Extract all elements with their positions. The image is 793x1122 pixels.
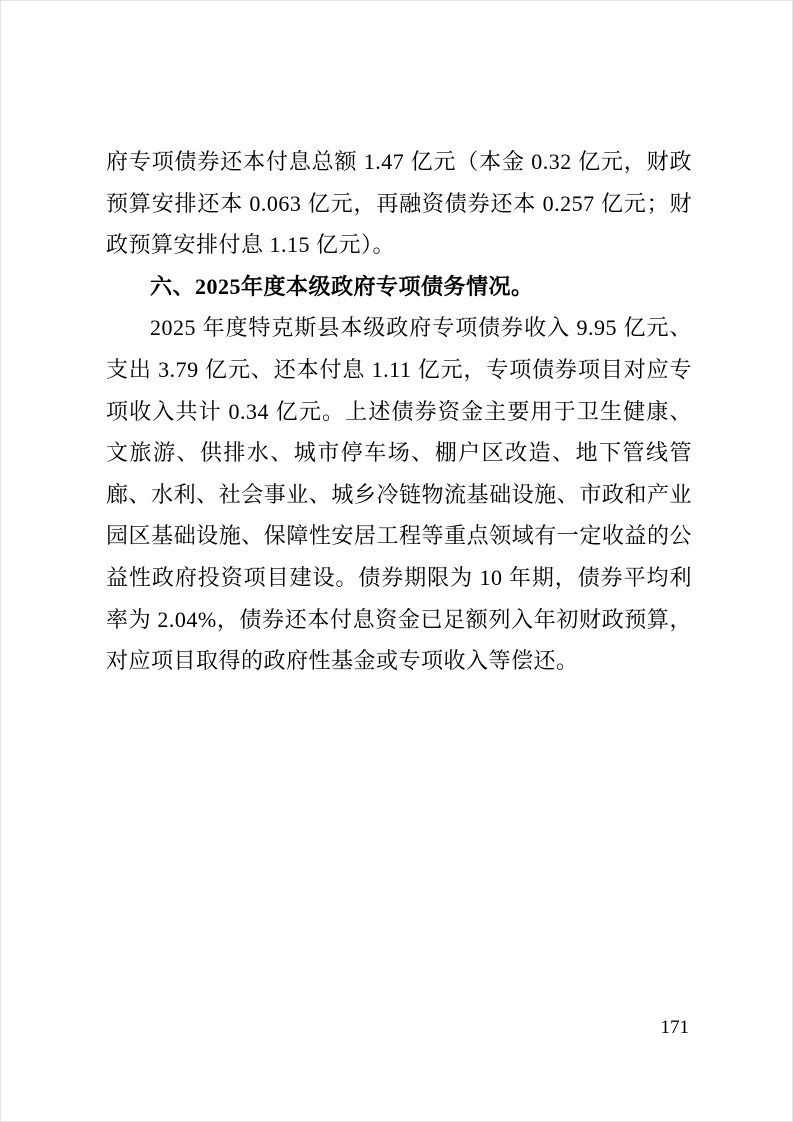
- section-body-paragraph: 2025 年度特克斯县本级政府专项债券收入 9.95 亿元、支出 3.79 亿元…: [106, 307, 692, 681]
- page-content: 府专项债券还本付息总额 1.47 亿元（本金 0.32 亿元，财政预算安排还本 …: [106, 141, 692, 682]
- paragraph-continuation: 府专项债券还本付息总额 1.47 亿元（本金 0.32 亿元，财政预算安排还本 …: [106, 141, 692, 266]
- section-heading: 六、2025年度本级政府专项债务情况。: [106, 266, 692, 308]
- document-page: 府专项债券还本付息总额 1.47 亿元（本金 0.32 亿元，财政预算安排还本 …: [0, 0, 793, 1122]
- page-number: 171: [661, 1015, 690, 1041]
